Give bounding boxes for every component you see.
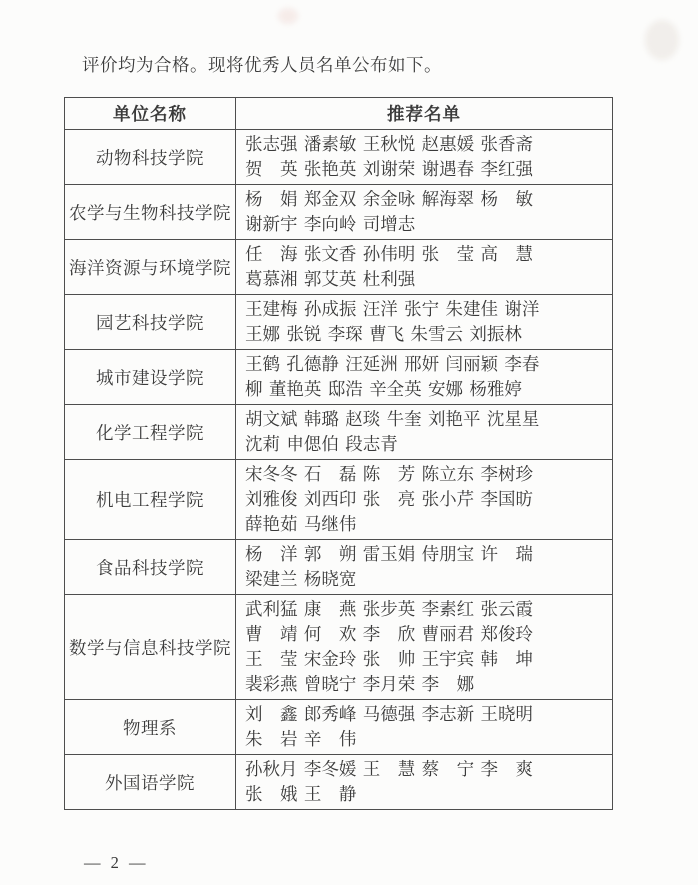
column-header-recommended-list: 推荐名单 — [236, 98, 613, 130]
recommended-names-cell: 任 海 张文香 孙伟明 张 莹 高 慧葛慕湘 郭艾英 杜利强 — [236, 240, 613, 295]
table-row: 农学与生物科技学院杨 娟 郑金双 余金咏 解海翠 杨 敏谢新宇 李向岭 司增志 — [65, 185, 613, 240]
table-row: 物理系刘 鑫 郎秀峰 马德强 李志新 王晓明朱 岩 辛 伟 — [65, 700, 613, 755]
page-number: — 2 — — [84, 853, 149, 873]
unit-name-cell: 城市建设学院 — [65, 350, 236, 405]
table-row: 化学工程学院胡文斌 韩璐 赵琰 牛奎 刘艳平 沈星星沈莉 申偲伯 段志青 — [65, 405, 613, 460]
unit-name-cell: 物理系 — [65, 700, 236, 755]
name-line: 王建梅 孙成振 汪洋 张宁 朱建佳 谢洋 — [245, 297, 606, 322]
unit-name-cell: 数学与信息科技学院 — [65, 595, 236, 700]
name-line: 谢新宇 李向岭 司增志 — [245, 212, 606, 237]
name-line: 孙秋月 李冬媛 王 慧 蔡 宁 李 爽 — [245, 757, 606, 782]
name-line: 王 莹 宋金玲 张 帅 王宇宾 韩 坤 — [245, 647, 606, 672]
unit-name-cell: 海洋资源与环境学院 — [65, 240, 236, 295]
table-row: 数学与信息科技学院武利猛 康 燕 张步英 李素红 张云霞曹 靖 何 欢 李 欣 … — [65, 595, 613, 700]
name-line: 胡文斌 韩璐 赵琰 牛奎 刘艳平 沈星星 — [245, 407, 606, 432]
name-line: 裴彩燕 曾晓宁 李月荣 李 娜 — [245, 672, 606, 697]
name-line: 贺 英 张艳英 刘谢荣 谢遇春 李红强 — [245, 157, 606, 182]
recommended-roster-table: 单位名称 推荐名单 动物科技学院张志强 潘素敏 王秋悦 赵惠媛 张香斋贺 英 张… — [64, 97, 613, 810]
unit-name-cell: 动物科技学院 — [65, 130, 236, 185]
name-line: 葛慕湘 郭艾英 杜利强 — [245, 267, 606, 292]
unit-name-cell: 化学工程学院 — [65, 405, 236, 460]
recommended-names-cell: 杨 娟 郑金双 余金咏 解海翠 杨 敏谢新宇 李向岭 司增志 — [236, 185, 613, 240]
table-row: 动物科技学院张志强 潘素敏 王秋悦 赵惠媛 张香斋贺 英 张艳英 刘谢荣 谢遇春… — [65, 130, 613, 185]
name-line: 曹 靖 何 欢 李 欣 曹丽君 郑俊玲 — [245, 622, 606, 647]
name-line: 薛艳茹 马继伟 — [245, 512, 606, 537]
name-line: 梁建兰 杨晓宽 — [245, 567, 606, 592]
table-row: 园艺科技学院王建梅 孙成振 汪洋 张宁 朱建佳 谢洋王娜 张锐 李琛 曹飞 朱雪… — [65, 295, 613, 350]
name-line: 王娜 张锐 李琛 曹飞 朱雪云 刘振林 — [245, 322, 606, 347]
table-body: 动物科技学院张志强 潘素敏 王秋悦 赵惠媛 张香斋贺 英 张艳英 刘谢荣 谢遇春… — [65, 130, 613, 810]
recommended-names-cell: 孙秋月 李冬媛 王 慧 蔡 宁 李 爽张 娥 王 静 — [236, 755, 613, 810]
recommended-names-cell: 武利猛 康 燕 张步英 李素红 张云霞曹 靖 何 欢 李 欣 曹丽君 郑俊玲王 … — [236, 595, 613, 700]
unit-name-cell: 农学与生物科技学院 — [65, 185, 236, 240]
scanned-document-page: { "page": { "intro_text": "评价均为合格。现将优秀人员… — [0, 0, 698, 885]
name-line: 沈莉 申偲伯 段志青 — [245, 432, 606, 457]
intro-text: 评价均为合格。现将优秀人员名单公布如下。 — [82, 52, 442, 77]
name-line: 王鹤 孔德静 汪延洲 邢妍 闫丽颖 李春 — [245, 352, 606, 377]
name-line: 刘雅俊 刘西印 张 亮 张小芹 李国昉 — [245, 487, 606, 512]
table-row: 外国语学院孙秋月 李冬媛 王 慧 蔡 宁 李 爽张 娥 王 静 — [65, 755, 613, 810]
name-line: 宋冬冬 石 磊 陈 芳 陈立东 李树珍 — [245, 462, 606, 487]
recommended-names-cell: 宋冬冬 石 磊 陈 芳 陈立东 李树珍刘雅俊 刘西印 张 亮 张小芹 李国昉薛艳… — [236, 460, 613, 540]
name-line: 刘 鑫 郎秀峰 马德强 李志新 王晓明 — [245, 702, 606, 727]
unit-name-cell: 机电工程学院 — [65, 460, 236, 540]
recommended-names-cell: 王建梅 孙成振 汪洋 张宁 朱建佳 谢洋王娜 张锐 李琛 曹飞 朱雪云 刘振林 — [236, 295, 613, 350]
name-line: 柳 董艳英 邸浩 辛全英 安娜 杨雅婷 — [245, 377, 606, 402]
table-header-row: 单位名称 推荐名单 — [65, 98, 613, 130]
scan-smudge-artifact — [645, 20, 679, 60]
scan-smudge-artifact — [278, 8, 298, 24]
unit-name-cell: 食品科技学院 — [65, 540, 236, 595]
recommended-names-cell: 刘 鑫 郎秀峰 马德强 李志新 王晓明朱 岩 辛 伟 — [236, 700, 613, 755]
name-line: 任 海 张文香 孙伟明 张 莹 高 慧 — [245, 242, 606, 267]
recommended-names-cell: 胡文斌 韩璐 赵琰 牛奎 刘艳平 沈星星沈莉 申偲伯 段志青 — [236, 405, 613, 460]
name-line: 朱 岩 辛 伟 — [245, 727, 606, 752]
name-line: 张志强 潘素敏 王秋悦 赵惠媛 张香斋 — [245, 132, 606, 157]
table-header: 单位名称 推荐名单 — [65, 98, 613, 130]
table-row: 城市建设学院王鹤 孔德静 汪延洲 邢妍 闫丽颖 李春柳 董艳英 邸浩 辛全英 安… — [65, 350, 613, 405]
recommended-names-cell: 张志强 潘素敏 王秋悦 赵惠媛 张香斋贺 英 张艳英 刘谢荣 谢遇春 李红强 — [236, 130, 613, 185]
recommended-names-cell: 王鹤 孔德静 汪延洲 邢妍 闫丽颖 李春柳 董艳英 邸浩 辛全英 安娜 杨雅婷 — [236, 350, 613, 405]
table-row: 海洋资源与环境学院任 海 张文香 孙伟明 张 莹 高 慧葛慕湘 郭艾英 杜利强 — [65, 240, 613, 295]
recommended-names-cell: 杨 洋 郭 朔 雷玉娟 侍朋宝 许 瑞梁建兰 杨晓宽 — [236, 540, 613, 595]
table-row: 食品科技学院杨 洋 郭 朔 雷玉娟 侍朋宝 许 瑞梁建兰 杨晓宽 — [65, 540, 613, 595]
name-line: 杨 娟 郑金双 余金咏 解海翠 杨 敏 — [245, 187, 606, 212]
unit-name-cell: 园艺科技学院 — [65, 295, 236, 350]
name-line: 张 娥 王 静 — [245, 782, 606, 807]
table-row: 机电工程学院宋冬冬 石 磊 陈 芳 陈立东 李树珍刘雅俊 刘西印 张 亮 张小芹… — [65, 460, 613, 540]
unit-name-cell: 外国语学院 — [65, 755, 236, 810]
column-header-unit-name: 单位名称 — [65, 98, 236, 130]
name-line: 杨 洋 郭 朔 雷玉娟 侍朋宝 许 瑞 — [245, 542, 606, 567]
name-line: 武利猛 康 燕 张步英 李素红 张云霞 — [245, 597, 606, 622]
